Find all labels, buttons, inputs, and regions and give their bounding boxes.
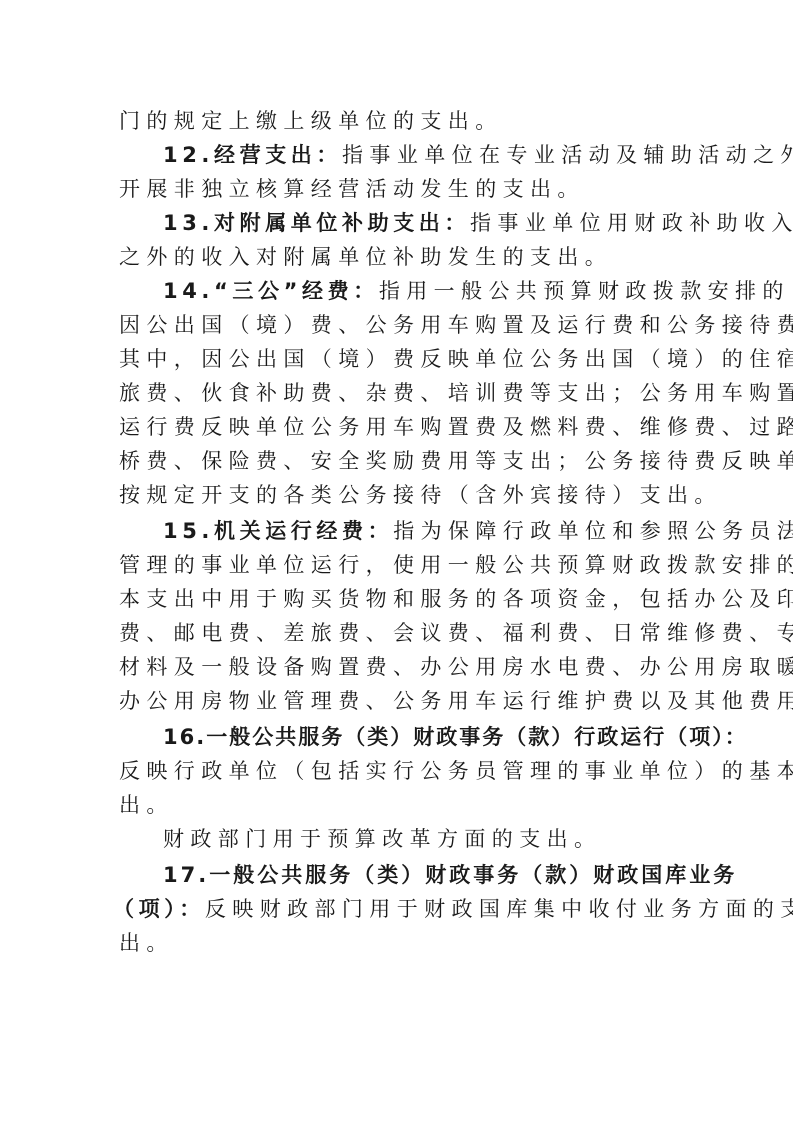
- paragraph-17-line-2: （项）：反映财政部门用于财政国库集中收付业务方面的支: [113, 892, 793, 926]
- paragraph-14-line-4: 旅费、伙食补助费、杂费、培训费等支出；公务用车购置及: [119, 376, 793, 410]
- document-page: 门的规定上缴上级单位的支出。 12.经营支出：指事业单位在专业活动及辅助活动之外…: [0, 0, 793, 1122]
- term-heading: 17.一般公共服务（类）财政事务（款）财政国库业务: [163, 863, 737, 887]
- term-heading: 14.“三公”经费：: [163, 279, 379, 303]
- body-text: 门的规定上缴上级单位的支出。: [119, 109, 503, 133]
- body-text: 其中，因公出国（境）费反映单位公务出国（境）的住宿费、: [119, 347, 793, 371]
- paragraph-14-line-6: 桥费、保险费、安全奖励费用等支出；公务接待费反映单位: [119, 444, 793, 478]
- term-heading: 12.经营支出：: [163, 143, 342, 167]
- paragraph-13-line-2: 之外的收入对附属单位补助发生的支出。: [119, 240, 612, 274]
- paragraph-15-line-3: 本支出中用于购买货物和服务的各项资金，包括办公及印刷: [119, 582, 793, 616]
- body-text: 运行费反映单位公务用车购置费及燃料费、维修费、过路过: [119, 415, 793, 439]
- body-text: 按规定开支的各类公务接待（含外宾接待）支出。: [119, 483, 722, 507]
- body-text: 指用一般公共预算财政拨款安排的: [379, 279, 790, 303]
- term-heading: 15.机关运行经费：: [163, 519, 393, 543]
- paragraph-13-line-1: 13.对附属单位补助支出：指事业单位用财政补助收入: [163, 206, 793, 240]
- paragraph-16-line-2: 反映行政单位（包括实行公务员管理的事业单位）的基本支: [119, 754, 793, 788]
- term-heading: （项）：: [113, 897, 205, 921]
- paragraph-14-line-3: 其中，因公出国（境）费反映单位公务出国（境）的住宿费、: [119, 342, 793, 376]
- body-text: 费、邮电费、差旅费、会议费、福利费、日常维修费、专用: [119, 621, 793, 645]
- body-text: 反映财政部门用于财政国库集中收付业务方面的支: [205, 897, 793, 921]
- paragraph-17-line-1: 17.一般公共服务（类）财政事务（款）财政国库业务: [163, 858, 737, 892]
- paragraph-15-line-2: 管理的事业单位运行，使用一般公共预算财政拨款安排的基: [119, 548, 793, 582]
- paragraph-14-line-5: 运行费反映单位公务用车购置费及燃料费、维修费、过路过: [119, 410, 793, 444]
- body-text: 指事业单位在专业活动及辅助活动之外: [342, 143, 793, 167]
- paragraph-16b-line-1: 财政部门用于预算改革方面的支出。: [163, 822, 601, 856]
- paragraph-14-line-7: 按规定开支的各类公务接待（含外宾接待）支出。: [119, 478, 722, 512]
- body-text: 开展非独立核算经营活动发生的支出。: [119, 177, 585, 201]
- body-text: 财政部门用于预算改革方面的支出。: [163, 827, 601, 851]
- paragraph-15-line-1: 15.机关运行经费：指为保障行政单位和参照公务员法: [163, 514, 793, 548]
- body-text: 指事业单位用财政补助收入: [470, 211, 793, 235]
- paragraph-15-line-6: 办公用房物业管理费、公务用车运行维护费以及其他费用。: [119, 684, 793, 718]
- term-heading: 13.对附属单位补助支出：: [163, 211, 470, 235]
- paragraph-16-line-3: 出。: [119, 788, 174, 822]
- body-text: 指为保障行政单位和参照公务员法: [393, 519, 793, 543]
- body-text: 旅费、伙食补助费、杂费、培训费等支出；公务用车购置及: [119, 381, 793, 405]
- paragraph-16-line-1: 16.一般公共服务（类）财政事务（款）行政运行（项）：: [163, 720, 748, 754]
- body-text: 材料及一般设备购置费、办公用房水电费、办公用房取暖费、: [119, 655, 793, 679]
- paragraph-11-tail-line-1: 门的规定上缴上级单位的支出。: [119, 104, 503, 138]
- body-text: 之外的收入对附属单位补助发生的支出。: [119, 245, 612, 269]
- paragraph-15-line-5: 材料及一般设备购置费、办公用房水电费、办公用房取暖费、: [119, 650, 793, 684]
- body-text: 出。: [119, 793, 174, 817]
- term-heading: 16.一般公共服务（类）财政事务（款）行政运行（项）：: [163, 725, 748, 749]
- body-text: 反映行政单位（包括实行公务员管理的事业单位）的基本支: [119, 759, 793, 783]
- paragraph-14-line-1: 14.“三公”经费：指用一般公共预算财政拨款安排的: [163, 274, 790, 308]
- body-text: 管理的事业单位运行，使用一般公共预算财政拨款安排的基: [119, 553, 793, 577]
- paragraph-12-line-2: 开展非独立核算经营活动发生的支出。: [119, 172, 585, 206]
- paragraph-17-line-3: 出。: [119, 926, 174, 960]
- paragraph-15-line-4: 费、邮电费、差旅费、会议费、福利费、日常维修费、专用: [119, 616, 793, 650]
- body-text: 出。: [119, 931, 174, 955]
- body-text: 桥费、保险费、安全奖励费用等支出；公务接待费反映单位: [119, 449, 793, 473]
- paragraph-12-line-1: 12.经营支出：指事业单位在专业活动及辅助活动之外: [163, 138, 793, 172]
- body-text: 因公出国（境）费、公务用车购置及运行费和公务接待费。: [119, 313, 793, 337]
- body-text: 本支出中用于购买货物和服务的各项资金，包括办公及印刷: [119, 587, 793, 611]
- body-text: 办公用房物业管理费、公务用车运行维护费以及其他费用。: [119, 689, 793, 713]
- paragraph-14-line-2: 因公出国（境）费、公务用车购置及运行费和公务接待费。: [119, 308, 793, 342]
